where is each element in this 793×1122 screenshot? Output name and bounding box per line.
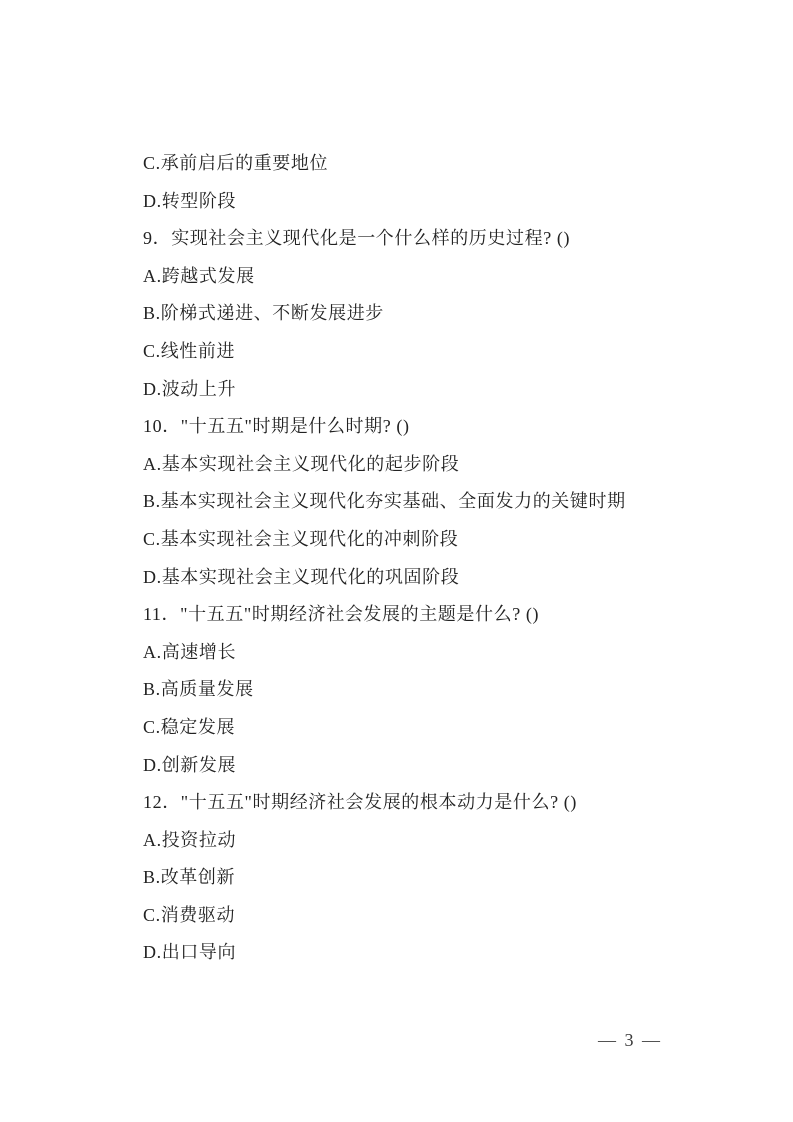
question-8-option-d: D.转型阶段 [143,183,763,221]
question-11-option-b: B.高质量发展 [143,671,763,709]
question-9-option-b: B.阶梯式递进、不断发展进步 [143,295,763,333]
question-10-option-a: A.基本实现社会主义现代化的起步阶段 [143,446,763,484]
question-11-stem: 11．"十五五"时期经济社会发展的主题是什么? () [143,596,763,634]
question-8-option-c: C.承前启后的重要地位 [143,145,763,183]
question-11-option-d: D.创新发展 [143,747,763,785]
question-12-stem: 12．"十五五"时期经济社会发展的根本动力是什么? () [143,784,763,822]
question-10-stem: 10．"十五五"时期是什么时期? () [143,408,763,446]
question-11-option-c: C.稳定发展 [143,709,763,747]
question-12-option-a: A.投资拉动 [143,822,763,860]
question-12-option-c: C.消费驱动 [143,897,763,935]
question-12-option-d: D.出口导向 [143,934,763,972]
question-9-stem: 9．实现社会主义现代化是一个什么样的历史过程? () [143,220,763,258]
page-number: — 3 — [598,1030,662,1051]
question-10-option-d: D.基本实现社会主义现代化的巩固阶段 [143,559,763,597]
question-9-option-c: C.线性前进 [143,333,763,371]
question-9-option-a: A.跨越式发展 [143,258,763,296]
document-page: C.承前启后的重要地位 D.转型阶段 9．实现社会主义现代化是一个什么样的历史过… [0,0,793,1122]
question-10-option-b: B.基本实现社会主义现代化夯实基础、全面发力的关键时期 [143,483,763,521]
question-9-option-d: D.波动上升 [143,371,763,409]
question-10-option-c: C.基本实现社会主义现代化的冲刺阶段 [143,521,763,559]
question-12-option-b: B.改革创新 [143,859,763,897]
quiz-content: C.承前启后的重要地位 D.转型阶段 9．实现社会主义现代化是一个什么样的历史过… [143,145,763,972]
question-11-option-a: A.高速增长 [143,634,763,672]
